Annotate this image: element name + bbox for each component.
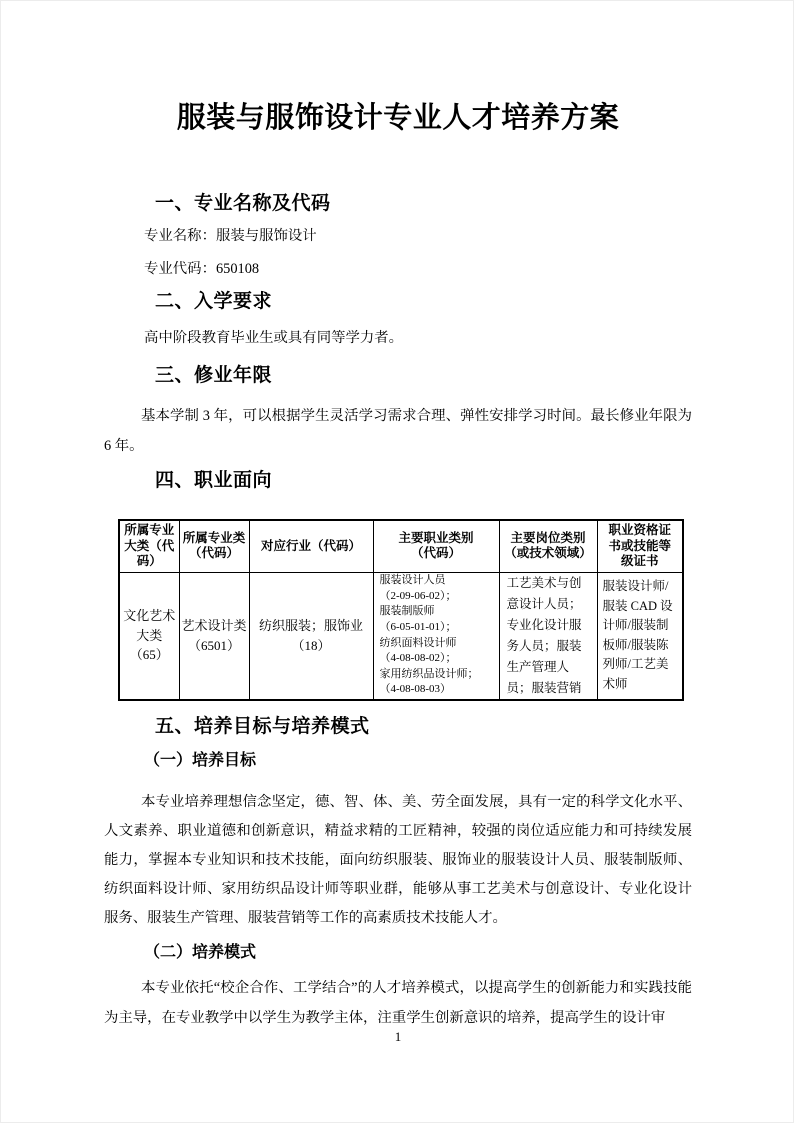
subsection-heading-training-mode: （二）培养模式 (144, 943, 256, 963)
career-orientation-table: 所属专业 大类（代 码） 所属专业类 （代码） 对应行业（代码） 主要职业类别 … (118, 519, 684, 701)
cell-post-category: 工艺美术与创意设计人员；专业化设计服务人员；服装生产管理人员；服装营销 (499, 572, 597, 700)
section-heading-goals-and-mode: 五、培养目标与培养模式 (155, 716, 370, 738)
col-header-major-class: 所属专业类 （代码） (179, 520, 249, 572)
training-goal-paragraph: 本专业培养理想信念坚定，德、智、体、美、劳全面发展，具有一定的科学文化水平、人文… (104, 788, 692, 933)
col-header-industry: 对应行业（代码） (249, 520, 373, 572)
col-header-major-category: 所属专业 大类（代 码） (119, 520, 179, 572)
page-number: 1 (1, 1029, 794, 1045)
cell-industry: 纺织服装；服饰业 （18） (249, 572, 373, 700)
document-page: 服装与服饰设计专业人才培养方案 一、专业名称及代码 专业名称：服装与服饰设计 专… (0, 0, 794, 1123)
section-heading-name-and-code: 一、专业名称及代码 (155, 193, 331, 215)
col-header-post-category: 主要岗位类别 （或技术领域） (499, 520, 597, 572)
table-header-row: 所属专业 大类（代 码） 所属专业类 （代码） 对应行业（代码） 主要职业类别 … (119, 520, 683, 572)
col-header-occupation-category: 主要职业类别 （代码） (373, 520, 499, 572)
major-name-line: 专业名称：服装与服饰设计 (144, 227, 317, 245)
cell-major-class: 艺术设计类 （6501） (179, 572, 249, 700)
col-header-certificates: 职业资格证 书或技能等 级证书 (597, 520, 683, 572)
cell-major-category: 文化艺术 大类 （65） (119, 572, 179, 700)
table-data-row: 文化艺术 大类 （65） 艺术设计类 （6501） 纺织服装；服饰业 （18） … (119, 572, 683, 700)
admission-requirement-text: 高中阶段教育毕业生或具有同等学力者。 (144, 329, 403, 347)
cell-certificates: 服装设计师/服装 CAD 设计师/服装制板师/服装陈列师/工艺美术师 (597, 572, 683, 700)
section-heading-career: 四、职业面向 (155, 470, 272, 492)
cell-occupation-category: 服装设计人员 （2-09-06-02）； 服装制版师 （6-05-01-01）；… (373, 572, 499, 700)
training-mode-paragraph: 本专业依托“校企合作、工学结合”的人才培养模式，以提高学生的创新能力和实践技能为… (104, 973, 692, 1033)
section-heading-admission: 二、入学要求 (155, 291, 272, 313)
subsection-heading-training-goal: （一）培养目标 (144, 751, 256, 771)
document-title: 服装与服饰设计专业人才培养方案 (1, 99, 794, 137)
major-code-line: 专业代码：650108 (144, 260, 259, 278)
section-heading-study-period: 三、修业年限 (155, 365, 272, 387)
study-period-paragraph: 基本学制 3 年，可以根据学生灵活学习需求合理、弹性安排学习时间。最长修业年限为… (104, 401, 692, 461)
